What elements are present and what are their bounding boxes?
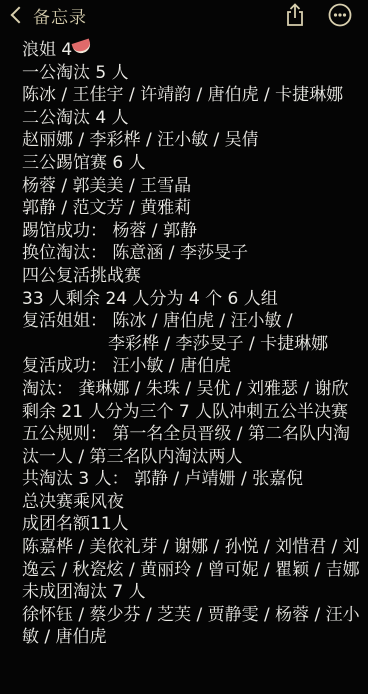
note-line: 33 人剩余 24 人分为 4 个 6 人组 [22, 288, 360, 311]
note-line: 赵丽娜 / 李彩桦 / 汪小敏 / 吴倩 [22, 129, 360, 152]
note-title: 浪姐 4 [22, 39, 360, 62]
note-line: 逸云 / 秋瓷炫 / 黄丽玲 / 曾可妮 / 瞿颖 / 吉娜 [22, 559, 360, 582]
note-line: 踢馆成功： 杨蓉 / 郭静 [22, 220, 360, 243]
note-line: 李彩桦 / 李莎旻子 / 卡捷琳娜 [22, 333, 360, 356]
note-line: 徐怀钰 / 蔡少芬 / 芝芙 / 贾静雯 / 杨蓉 / 汪小 [22, 604, 360, 627]
back-chevron-icon [11, 7, 28, 24]
note-line: 淘汰： 龚琳娜 / 朱珠 / 吴优 / 刘雅瑟 / 谢欣 [22, 378, 360, 401]
note-line: 换位淘汰： 陈意涵 / 李莎旻子 [22, 242, 360, 265]
note-line: 剩余 21 人分为三个 7 人队冲刺五公半决赛 [22, 401, 360, 424]
note-line: 五公规则： 第一名全员晋级 / 第二名队内淘 [22, 423, 360, 446]
note-line: 共淘汰 3 人： 郭静 / 卢靖姗 / 张嘉倪 [22, 468, 360, 491]
note-line: 四公复活挑战赛 [22, 265, 360, 288]
back-label: 备忘录 [33, 3, 87, 28]
note-line: 未成团淘汰 7 人 [22, 581, 360, 604]
note-line: 郭静 / 范文芳 / 黄雅莉 [22, 197, 360, 220]
share-button[interactable] [284, 3, 306, 27]
share-icon [284, 3, 306, 27]
note-body[interactable]: 浪姐 4 一公淘汰 5 人 陈冰 / 王佳宇 / 许靖韵 / 唐伯虎 / 卡捷琳… [22, 39, 360, 649]
note-line: 总决赛乘风夜 [22, 491, 360, 514]
nav-bar: 备忘录 [0, 0, 368, 30]
note-line: 复活成功： 汪小敏 / 唐伯虎 [22, 355, 360, 378]
note-line: 杨蓉 / 郭美美 / 王雪晶 [22, 175, 360, 198]
note-line: 三公踢馆赛 6 人 [22, 152, 360, 175]
note-line: 成团名额11人 [22, 513, 360, 536]
note-title-text: 浪姐 4 [22, 40, 72, 60]
note-line: 二公淘汰 4 人 [22, 107, 360, 130]
note-line: 复活姐姐： 陈冰 / 唐伯虎 / 汪小敏 / [22, 310, 360, 333]
watermelon-icon [72, 39, 93, 56]
more-icon [328, 3, 352, 27]
note-line: 陈嘉桦 / 美依礼芽 / 谢娜 / 孙悦 / 刘惜君 / 刘 [22, 536, 360, 559]
back-button[interactable]: 备忘录 [8, 3, 87, 27]
note-line: 敏 / 唐伯虎 [22, 626, 360, 649]
more-button[interactable] [328, 3, 352, 27]
note-line: 汰一人 / 第三名队内淘汰两人 [22, 446, 360, 469]
note-line: 陈冰 / 王佳宇 / 许靖韵 / 唐伯虎 / 卡捷琳娜 [22, 84, 360, 107]
note-line: 一公淘汰 5 人 [22, 62, 360, 85]
